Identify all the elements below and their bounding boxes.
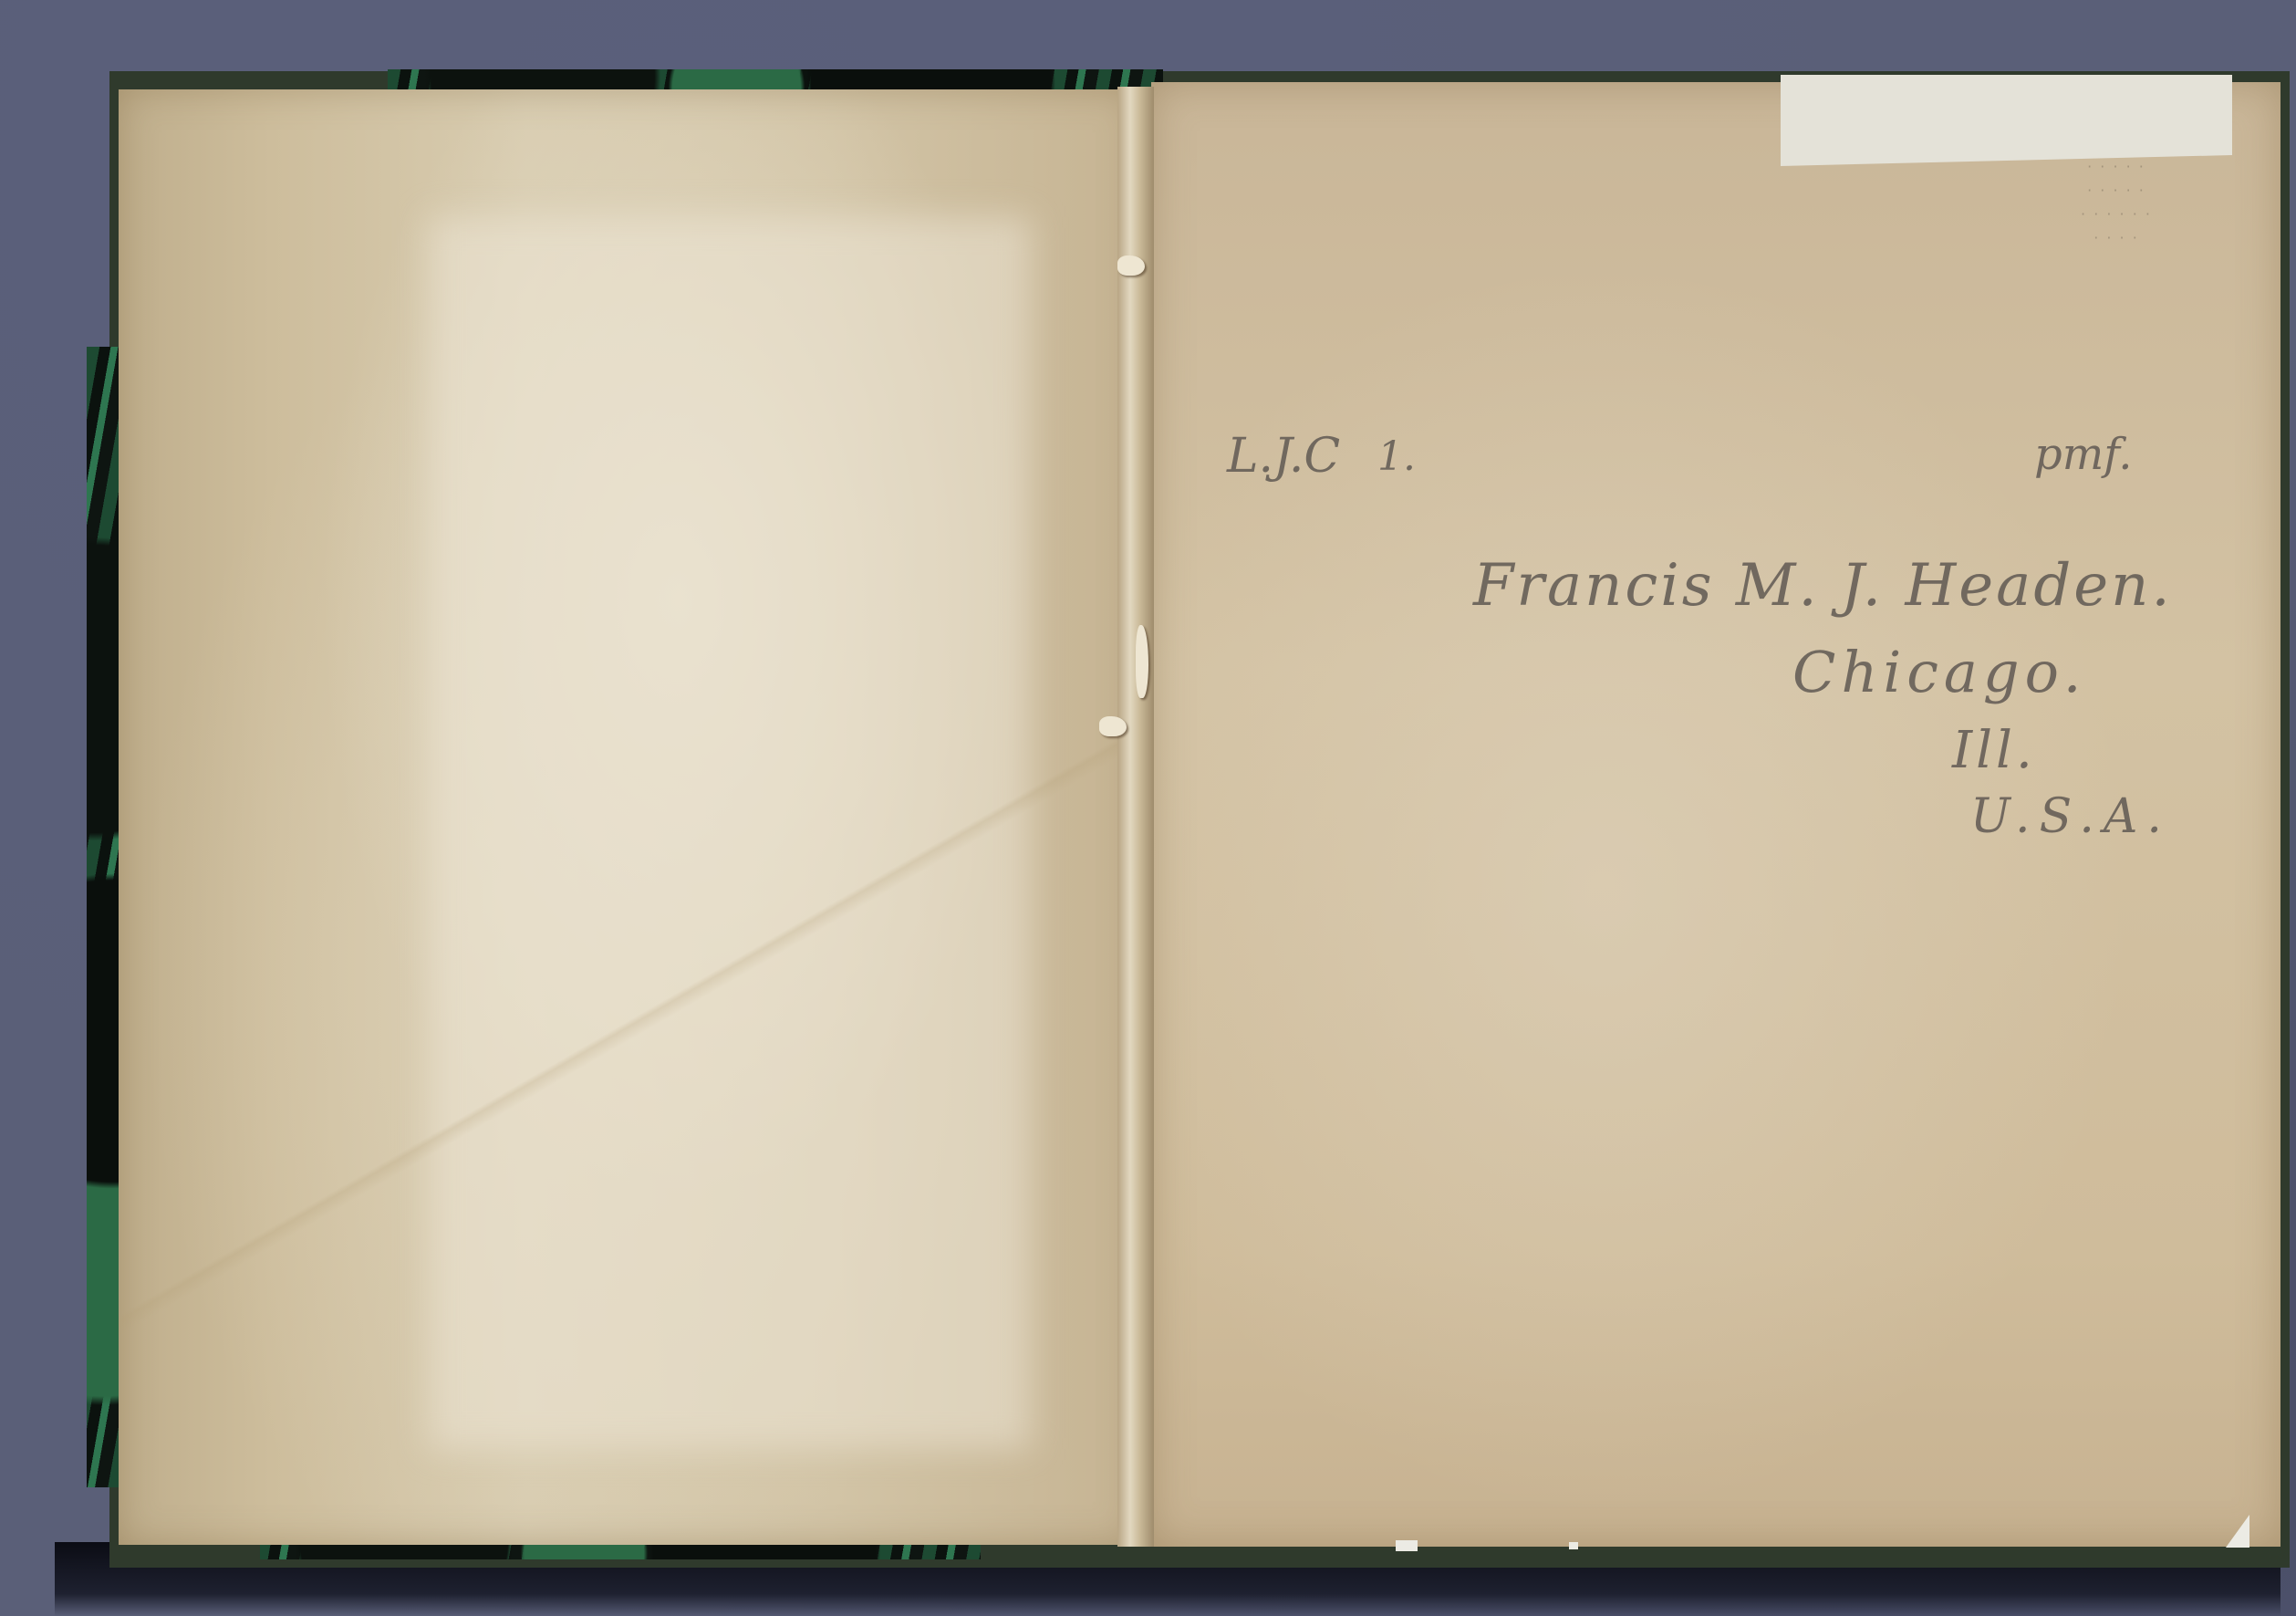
stamp-line: · · · · · ·: [2025, 203, 2208, 226]
stamp-line: · · · · ·: [2025, 179, 2208, 203]
book-gutter-spine: [1117, 87, 1154, 1547]
pasted-white-strip: [1781, 75, 2232, 166]
inscription-price-code: pmf.: [2034, 429, 2133, 480]
inscription-country: U.S.A.: [1970, 789, 2171, 844]
marbled-edge-left: [87, 347, 123, 1487]
torn-paper-fragment: [1136, 625, 1148, 698]
inscription-owner-name: Francis M. J. Headen.: [1473, 552, 2173, 620]
inscription-code: L.J.C: [1227, 429, 1340, 484]
stamp-line: · · · ·: [2025, 226, 2208, 250]
stamp-line: · · · · ·: [2025, 155, 2208, 179]
inscription-mark: 1.: [1377, 433, 1416, 480]
paper-chip: [1569, 1542, 1578, 1549]
inscription-city: Chicago.: [1792, 639, 2087, 705]
folded-flap-crease: [119, 89, 1136, 1545]
inscription-state: Ill.: [1952, 721, 2036, 780]
faded-ink-stamp: · · · · · · · · · · · · · · · · · · · ·: [2025, 155, 2208, 255]
torn-paper-fragment: [1099, 716, 1127, 736]
left-endpaper: [119, 89, 1136, 1545]
torn-paper-fragment: [1117, 255, 1145, 276]
paper-chip: [1396, 1540, 1418, 1551]
